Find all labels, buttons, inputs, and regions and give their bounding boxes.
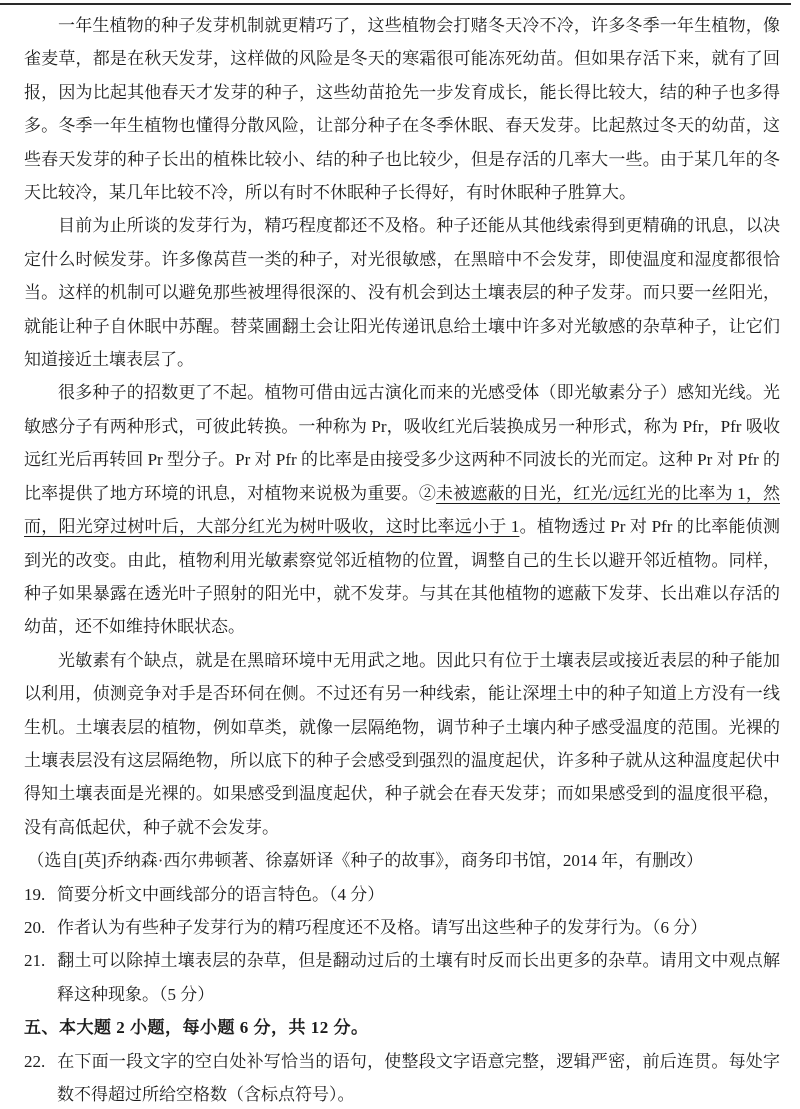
passage-paragraph-1: 一年生植物的种子发芽机制就更精巧了，这些植物会打赌冬天冷不冷，许多冬季一年生植物… xyxy=(24,9,780,209)
exam-page: 一年生植物的种子发芽机制就更精巧了，这些植物会打赌冬天冷不冷，许多冬季一年生植物… xyxy=(0,0,800,1109)
question-22-text: 在下面一段文字的空白处补写恰当的语句，使整段文字语意完整，逻辑严密，前后连贯。每… xyxy=(57,1052,780,1104)
question-21-text: 翻土可以除掉土壤表层的杂草，但是翻动过后的土壤有时反而长出更多的杂草。请用文中观… xyxy=(57,951,780,1003)
question-19-number: 19. xyxy=(24,878,57,911)
page-top-rule xyxy=(0,3,791,5)
question-21: 21.翻土可以除掉土壤表层的杂草，但是翻动过后的土壤有时反而长出更多的杂草。请用… xyxy=(24,944,780,1011)
passage-paragraph-4: 光敏素有个缺点，就是在黑暗环境中无用武之地。因此只有位于土壤表层或接近表层的种子… xyxy=(24,644,780,844)
passage-paragraph-2: 目前为止所谈的发芽行为，精巧程度都还不及格。种子还能从其他线索得到更精确的讯息，… xyxy=(24,209,780,376)
question-19: 19.简要分析文中画线部分的语言特色。（4 分） xyxy=(24,878,780,911)
question-19-text: 简要分析文中画线部分的语言特色。（4 分） xyxy=(57,885,384,904)
question-20-number: 20. xyxy=(24,911,57,944)
question-22-number: 22. xyxy=(24,1045,57,1078)
section-five-header: 五、本大题 2 小题，每小题 6 分，共 12 分。 xyxy=(24,1011,780,1044)
question-22: 22.在下面一段文字的空白处补写恰当的语句，使整段文字语意完整，逻辑严密，前后连… xyxy=(24,1045,780,1109)
circled-number-2-marker: ② xyxy=(419,484,436,503)
source-attribution: （选自[英]乔纳森·西尔弗顿著、徐嘉妍译《种子的故事》，商务印书馆，2014 年… xyxy=(24,844,780,877)
passage-paragraph-3: 很多种子的招数更了不起。植物可借由远古演化而来的光感受体（即光敏素分子）感知光线… xyxy=(24,376,780,643)
question-20-text: 作者认为有些种子发芽行为的精巧程度还不及格。请写出这些种子的发芽行为。（6 分） xyxy=(57,918,707,937)
question-21-number: 21. xyxy=(24,944,57,977)
question-20: 20.作者认为有些种子发芽行为的精巧程度还不及格。请写出这些种子的发芽行为。（6… xyxy=(24,911,780,944)
